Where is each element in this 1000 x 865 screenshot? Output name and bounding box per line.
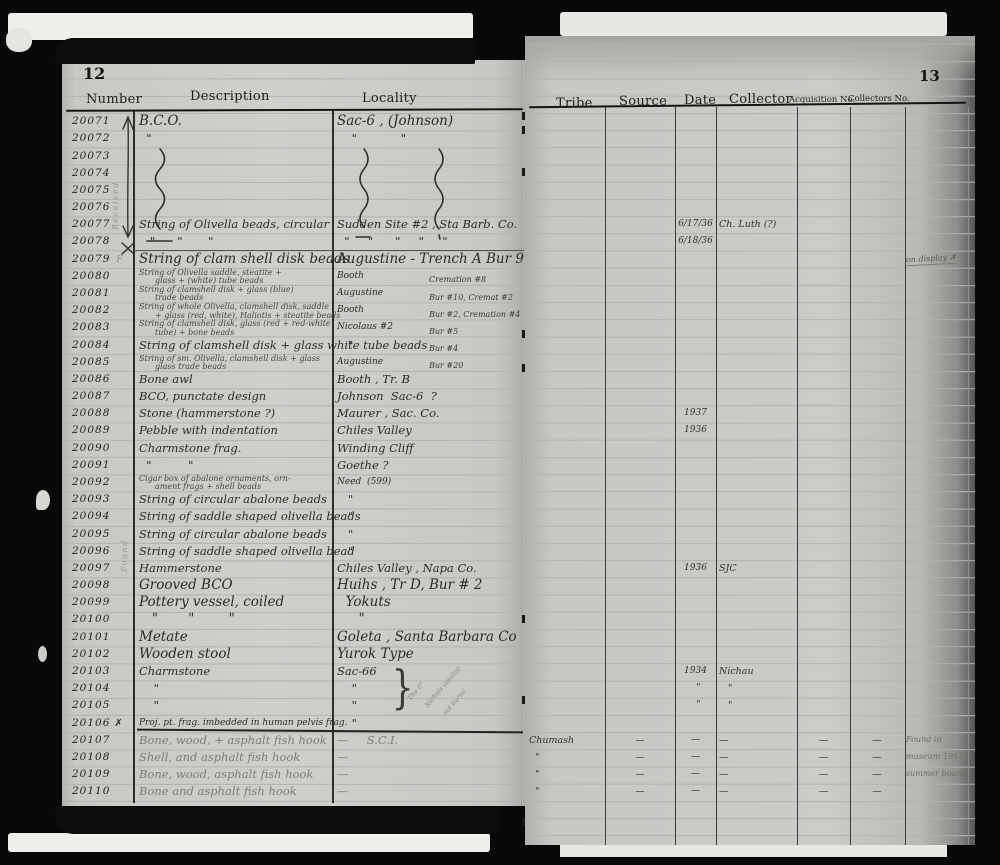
spine-tick — [522, 330, 525, 338]
cell-description: " — [139, 680, 159, 697]
cell-margin-note: summer board — [906, 769, 965, 779]
cell-locality: " — [337, 337, 353, 354]
header-tribe: Tribe — [556, 96, 593, 111]
cell-locality: Maurer , Sac. Co. — [337, 405, 439, 422]
cell-number: 20107 — [72, 732, 130, 749]
cell-tribe: Chumash — [529, 732, 603, 749]
cell-description: String of clamshell disk + glass white t… — [139, 337, 427, 354]
cell-number: 20081 — [72, 285, 130, 302]
cell-margin-note: museum 1951, — [906, 752, 966, 762]
cell-collector: Nichau — [719, 663, 796, 680]
cell-locality: Johnson Sac-6 ? — [337, 388, 437, 405]
cell-collector: " — [719, 697, 796, 714]
cell-locality: Chiles Valley , Napa Co. — [337, 560, 477, 577]
cell-source: — — [607, 783, 673, 800]
cell-description: Proj. pt. frag. imbedded in human pelvis… — [139, 715, 348, 732]
cell-collector: Ch. Luth (?) — [719, 216, 796, 233]
cell-locality: Sac-6 , (Johnson) — [337, 113, 453, 130]
cell-locality-sub: Bur #5 — [429, 327, 458, 336]
book-cover-band-top — [55, 38, 475, 64]
cell-number: 20092 — [72, 474, 130, 491]
spine-tick — [522, 126, 525, 134]
cell-description: Metate — [139, 629, 188, 646]
cell-number: 20100 — [72, 611, 130, 628]
cell-locality: Huihs , Tr D, Bur # 2 — [337, 577, 483, 594]
cell-collector: SJC — [719, 560, 796, 577]
cell-number: 20094 — [72, 508, 130, 525]
cell-acquisition-no: — — [799, 732, 848, 749]
cell-description: " — [139, 130, 152, 147]
cell-description: Hammerstone — [139, 560, 222, 577]
cell-locality-sub: Bur #20 — [429, 361, 463, 370]
cell-number: 20103 — [72, 663, 130, 680]
cell-locality: Booth — [337, 302, 364, 319]
cell-source: — — [607, 766, 673, 783]
cell-number: 20078 — [72, 233, 130, 250]
cell-description: " " — [139, 457, 193, 474]
cell-description: Pottery vessel, coiled — [139, 594, 284, 611]
cell-number: 20073 — [72, 148, 130, 165]
cell-locality: " " " " " — [337, 233, 448, 250]
cell-number: 20090 — [72, 440, 130, 457]
film-edge-mark — [38, 646, 47, 662]
cell-locality: Need (599) — [337, 474, 391, 491]
cell-margin-note: on display ✗ — [906, 252, 957, 266]
cell-number: 20075 — [72, 182, 130, 199]
cell-date: " — [676, 680, 715, 697]
column-rule-source — [605, 107, 606, 845]
cell-description: Grooved BCO — [139, 577, 233, 594]
cell-description: B.C.O. — [139, 113, 182, 130]
spine-tick — [522, 168, 525, 176]
cell-description: String of clam shell disk beads — [139, 251, 350, 268]
cell-number: 20071 — [72, 113, 130, 130]
cell-locality: " — [337, 680, 357, 697]
film-edge-mark — [36, 490, 50, 510]
film-strip-bottom-right — [560, 845, 947, 857]
cell-date: — — [676, 766, 715, 783]
cell-date: 1934 — [676, 663, 715, 680]
cell-number: 20077 — [72, 216, 130, 233]
page-edge-rule — [968, 107, 969, 845]
header-number: Number — [86, 92, 142, 107]
cell-description: Stone (hammerstone ?) — [139, 405, 275, 422]
film-edge-mark — [6, 28, 32, 52]
cell-collectors-no: — — [851, 749, 903, 766]
cell-locality: " — [337, 543, 353, 560]
cell-description: Charmstone — [139, 663, 210, 680]
cell-locality: Booth — [337, 268, 364, 285]
cell-number: 20108 — [72, 749, 130, 766]
cell-number: 20082 — [72, 302, 130, 319]
spine-tick — [522, 696, 525, 704]
crossed-out-mark: ✗ — [114, 718, 123, 729]
cell-collectors-no: — — [851, 732, 903, 749]
cell-source: — — [607, 749, 673, 766]
cell-description: " " " — [139, 611, 235, 628]
cell-number: 20098 — [72, 577, 130, 594]
cell-locality: Yokuts — [337, 594, 391, 611]
ledger-page-right — [525, 36, 975, 845]
cell-description: String of Olivella beads, circular — [139, 216, 329, 233]
cell-locality: Sac-66 — [337, 663, 377, 680]
cell-locality: Chiles Valley — [337, 422, 412, 439]
cell-number: 20083 — [72, 319, 130, 336]
cell-locality: Sudden Site #2 , Sta Barb. Co. — [337, 216, 517, 233]
cell-number: 20104 — [72, 680, 130, 697]
cell-number: 20086 — [72, 371, 130, 388]
cell-date: 6/18/36 — [676, 233, 715, 250]
cell-number: 20087 — [72, 388, 130, 405]
cell-locality: — — [337, 749, 349, 766]
film-strip-top-right — [560, 12, 947, 36]
cell-acquisition-no: — — [799, 783, 848, 800]
cell-description: Wooden stool — [139, 646, 231, 663]
cell-collector: — — [719, 749, 796, 766]
cell-description: " " " — [139, 233, 213, 250]
cell-description: Bone, wood, asphalt fish hook — [139, 766, 313, 783]
cell-locality: — — [337, 783, 349, 800]
cell-tribe: " — [529, 783, 603, 800]
cell-description: " — [139, 697, 159, 714]
cell-number: 20110 — [72, 783, 130, 800]
cell-number: 20089 — [72, 422, 130, 439]
cell-collector: — — [719, 766, 796, 783]
cell-description: Charmstone frag. — [139, 440, 241, 457]
cell-description: BCO, punctate design — [139, 388, 266, 405]
cell-margin-note: Found in — [906, 735, 942, 745]
cell-description: String of circular abalone beads — [139, 526, 327, 543]
cell-number: 20105 — [72, 697, 130, 714]
cell-number: 20093 — [72, 491, 130, 508]
cell-date: 1936 — [676, 422, 715, 439]
cell-number: 20076 — [72, 199, 130, 216]
cell-date: — — [676, 749, 715, 766]
cell-number: 20095 — [72, 526, 130, 543]
cell-collector: — — [719, 783, 796, 800]
cell-locality: Nicolaus #2 — [337, 319, 393, 336]
cell-source: — — [607, 732, 673, 749]
cell-locality: " — [337, 508, 353, 525]
page-number-left: 12 — [83, 64, 105, 83]
cell-description: String of saddle shaped olivella bead — [139, 543, 355, 560]
column-rule-locality — [332, 111, 334, 803]
cell-description: Bone, wood, + asphalt fish hook — [139, 732, 327, 749]
cell-tribe: " — [529, 749, 603, 766]
cell-number: 20079F — [72, 251, 130, 269]
cell-locality-sub: Bur #2, Cremation #4 — [429, 310, 520, 319]
cell-acquisition-no: — — [799, 749, 848, 766]
cell-description: Pebble with indentation — [139, 422, 278, 439]
cell-collectors-no: — — [851, 766, 903, 783]
ledger-scan: { "meta": {"left_page_no": "12", "right_… — [0, 0, 1000, 865]
spine-tick — [522, 818, 525, 826]
cell-number: 20102 — [72, 646, 130, 663]
cell-number: 20084 — [72, 337, 130, 354]
cell-date: — — [676, 783, 715, 800]
cell-locality: Augustine — [337, 285, 383, 302]
spine-tick — [522, 615, 525, 623]
cell-number: 20099 — [72, 594, 130, 611]
cell-number: 20106✗ — [72, 715, 130, 732]
cell-collector: — — [719, 732, 796, 749]
page-number-right: 13 — [919, 67, 940, 85]
cell-locality: Augustine - Trench A Bur 9 — [337, 251, 524, 268]
locality-brace: } — [392, 659, 414, 715]
cell-date: — — [676, 732, 715, 749]
cell-acquisition-no: — — [799, 766, 848, 783]
spine-tick — [522, 112, 525, 120]
cell-number: 20096 — [72, 543, 130, 560]
cell-date: " — [676, 697, 715, 714]
cell-locality: " — [337, 697, 357, 714]
cell-number: 20085 — [72, 354, 130, 371]
cell-locality: Yurok Type — [337, 646, 414, 663]
cell-locality: Augustine — [337, 354, 383, 371]
cell-locality: " — [337, 491, 353, 508]
cell-number: 20088 — [72, 405, 130, 422]
cell-description: Shell, and asphalt fish hook — [139, 749, 300, 766]
cell-description: Bone awl — [139, 371, 193, 388]
cell-description: String of circular abalone beads — [139, 491, 327, 508]
film-strip-bottom-left — [8, 833, 490, 852]
cell-locality: " " — [337, 130, 406, 147]
cell-number: 20091 — [72, 457, 130, 474]
cell-locality-sub: Bur #4 — [429, 344, 458, 353]
cell-locality: Winding Cliff — [337, 440, 413, 457]
cell-number: 20101 — [72, 629, 130, 646]
cell-tribe: " — [529, 766, 603, 783]
cell-collectors-no: — — [851, 783, 903, 800]
cell-locality: — — [337, 766, 349, 783]
column-rule-collector — [716, 107, 717, 845]
cell-locality: " — [337, 526, 353, 543]
header-locality: Locality — [362, 91, 417, 106]
cell-date: 1936 — [676, 560, 715, 577]
cell-locality-sub: Bur #10, Cremat #2 — [429, 293, 513, 302]
cell-description: Bone and asphalt fish hook — [139, 783, 297, 800]
column-rule-acquisition — [797, 107, 798, 845]
film-strip-top-left — [8, 13, 473, 40]
cell-number: 20097 — [72, 560, 130, 577]
pencil-f-mark: F — [116, 255, 123, 265]
cell-locality-sub: Cremation #8 — [429, 275, 486, 284]
cell-collector: " — [719, 680, 796, 697]
header-description: Description — [190, 89, 270, 104]
cell-date: 6/17/36 — [676, 216, 715, 233]
cell-locality: " — [337, 715, 357, 732]
cell-number: 20080 — [72, 268, 130, 285]
cell-locality: — S.C.I. — [337, 732, 398, 749]
cell-locality: " — [337, 611, 365, 628]
cell-locality: Booth , Tr. B — [337, 371, 410, 388]
spine-tick — [522, 364, 525, 372]
cell-number: 20072 — [72, 130, 130, 147]
cell-locality: Goleta , Santa Barbara Co — [337, 629, 517, 646]
cell-description: String of saddle shaped olivella beads — [139, 508, 361, 525]
cell-number: 20074 — [72, 165, 130, 182]
cell-locality: Goethe ? — [337, 457, 389, 474]
cell-date: 1937 — [676, 405, 715, 422]
cell-number: 20109 — [72, 766, 130, 783]
book-cover-band-bottom — [55, 806, 500, 834]
